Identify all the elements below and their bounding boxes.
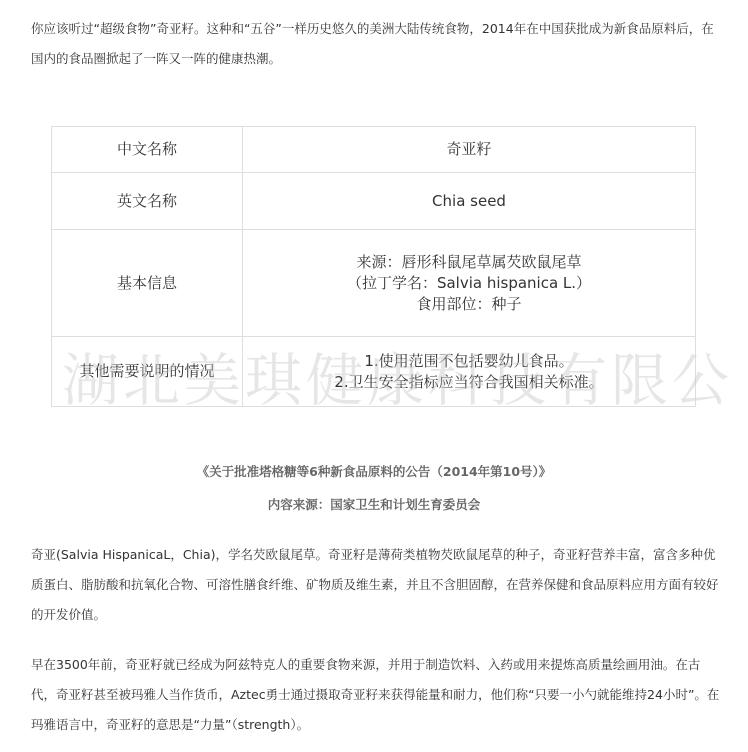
table-label: 基本信息 [52,230,243,337]
table-label: 其他需要说明的情况 [52,337,243,407]
body-paragraph: 奇亚(Salvia HispanicaL，Chia)，学名芡欧鼠尾草。奇亚籽是薄… [31,540,721,630]
table-value-line: Chia seed [249,191,689,212]
table-label: 英文名称 [52,173,243,230]
table-value-line: 1.使用范围不包括婴幼儿食品。 [249,351,689,372]
table-value-line: 来源：唇形科鼠尾草属芡欧鼠尾草 [249,252,689,273]
table-row-other-notes: 其他需要说明的情况 1.使用范围不包括婴幼儿食品。 2.卫生安全指标应当符合我国… [52,337,696,407]
intro-paragraph: 你应该听过“超级食物”奇亚籽。这种和“五谷”一样历史悠久的美洲大陆传统食物，20… [31,14,721,74]
caption-title: 《关于批准塔格糖等6种新食品原料的公告（2014年第10号）》 [0,462,748,480]
table-row-english-name: 英文名称 Chia seed [52,173,696,230]
table-row-basic-info: 基本信息 来源：唇形科鼠尾草属芡欧鼠尾草 （拉丁学名：Salvia hispan… [52,230,696,337]
table-value: Chia seed [243,173,696,230]
table-value-line: 食用部位：种子 [249,294,689,315]
table-value-line: 2.卫生安全指标应当符合我国相关标准。 [249,372,689,393]
table-label: 中文名称 [52,127,243,173]
caption-source: 内容来源：国家卫生和计划生育委员会 [0,495,748,513]
body-paragraph: 早在3500年前，奇亚籽就已经成为阿兹特克人的重要食物来源，并用于制造饮料、入药… [31,650,721,740]
chia-info-table: 中文名称 奇亚籽 英文名称 Chia seed 基本信息 来源：唇形科鼠尾草属芡… [51,126,696,407]
table-value-line: 奇亚籽 [249,139,689,160]
table-value: 来源：唇形科鼠尾草属芡欧鼠尾草 （拉丁学名：Salvia hispanica L… [243,230,696,337]
table-row-chinese-name: 中文名称 奇亚籽 [52,127,696,173]
table-value-line: （拉丁学名：Salvia hispanica L.） [249,273,689,294]
table-value: 奇亚籽 [243,127,696,173]
table-value: 1.使用范围不包括婴幼儿食品。 2.卫生安全指标应当符合我国相关标准。 [243,337,696,407]
